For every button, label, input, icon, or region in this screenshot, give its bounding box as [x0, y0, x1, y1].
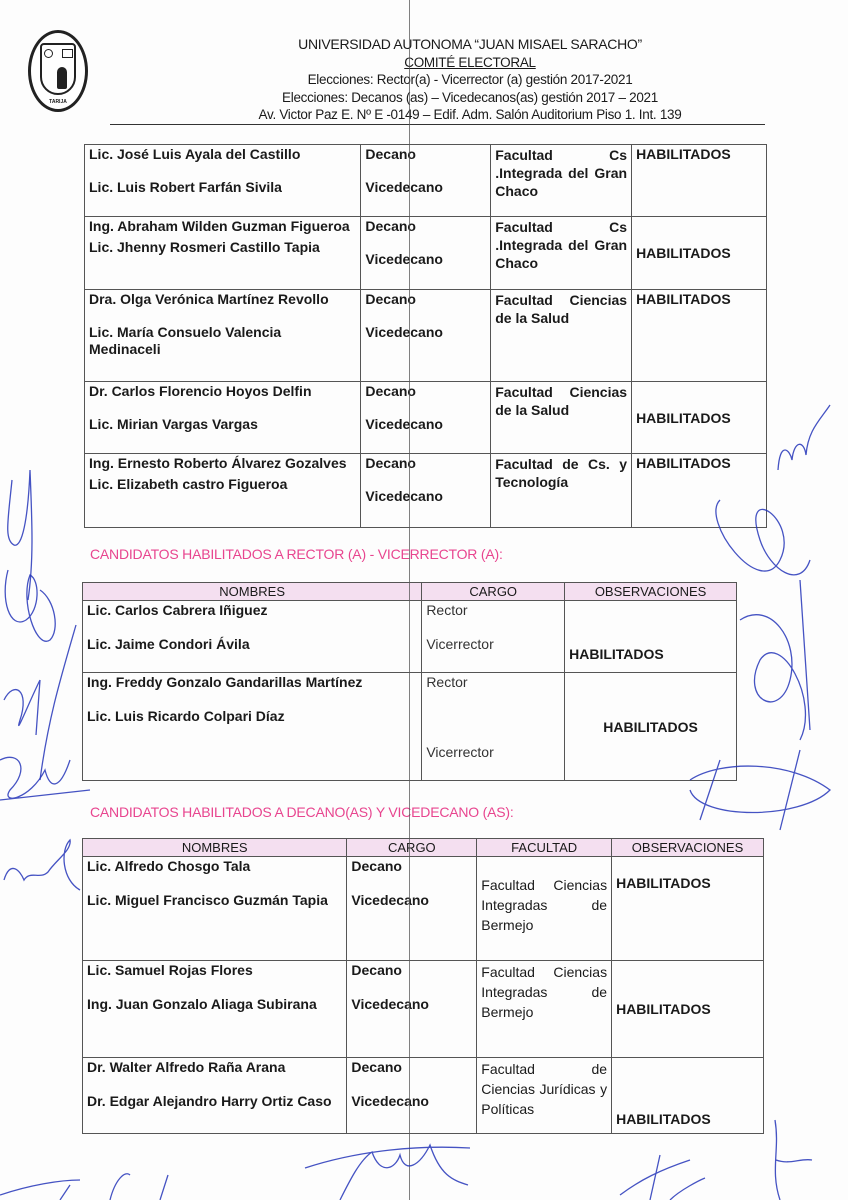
- seal-label: TARIJA: [31, 99, 85, 105]
- cargo-label: Vicedecano: [365, 488, 486, 505]
- election-decano-line: Elecciones: Decanos (as) – Vicedecanos(a…: [170, 89, 770, 107]
- cargo-label: Vicedecano: [365, 179, 486, 196]
- status-habilitados: HABILITADOS: [632, 454, 767, 528]
- status-habilitados: HABILITADOS: [632, 382, 767, 454]
- cargo-label: Decano: [351, 962, 402, 978]
- candidate-name: Ing. Ernesto Roberto Álvarez Gozalves: [89, 455, 347, 471]
- candidate-name: Lic. Miguel Francisco Guzmán Tapia: [87, 892, 342, 908]
- cargo-label: Decano: [351, 858, 402, 874]
- facultad-cell: Facultad Ciencias Integradas de Bermejo: [477, 857, 612, 961]
- status-habilitados: HABILITADOS: [632, 217, 767, 290]
- column-header-observaciones: OBSERVACIONES: [565, 583, 737, 601]
- university-seal-logo: TARIJA: [28, 30, 88, 112]
- facultad-cell: Facultad Ciencias Integradas de Bermejo: [477, 961, 612, 1058]
- column-header-cargo: CARGO: [422, 583, 565, 601]
- candidate-name: Lic. Alfredo Chosgo Tala: [87, 858, 250, 874]
- torch-icon: [57, 67, 67, 89]
- candidate-name: Lic. Luis Robert Farfán Sivila: [89, 179, 356, 196]
- status-habilitados: HABILITADOS: [612, 961, 764, 1058]
- seal-shield-icon: [40, 43, 76, 95]
- cargo-label: Vicedecano: [365, 251, 486, 268]
- decano-candidates-table: NOMBRES CARGO FACULTAD OBSERVACIONES Lic…: [82, 838, 764, 1134]
- candidate-name: Ing. Juan Gonzalo Aliaga Subirana: [87, 996, 342, 1012]
- university-name: UNIVERSIDAD AUTONOMA “JUAN MISAEL SARACH…: [170, 36, 770, 54]
- cargo-label: Rector: [426, 674, 467, 690]
- candidate-name: Lic. Jaime Condori Ávila: [87, 636, 417, 652]
- header-divider: [110, 124, 765, 125]
- table-row: Dra. Olga Verónica Martínez RevolloLic. …: [85, 290, 767, 382]
- sun-icon: [44, 49, 53, 58]
- status-habilitados: HABILITADOS: [565, 673, 737, 781]
- facultad-cell: Facultad Cs .Integrada del Gran Chaco: [491, 217, 632, 290]
- document-header: UNIVERSIDAD AUTONOMA “JUAN MISAEL SARACH…: [170, 36, 770, 124]
- candidate-name: Lic. Elizabeth castro Figueroa: [89, 476, 356, 493]
- cargo-label: Vicedecano: [351, 1093, 472, 1109]
- status-habilitados: HABILITADOS: [565, 601, 737, 673]
- table-row: Lic. Samuel Rojas FloresIng. Juan Gonzal…: [83, 961, 764, 1058]
- status-habilitados: HABILITADOS: [612, 1058, 764, 1134]
- candidate-name: Lic. María Consuelo Valencia Medinaceli: [89, 324, 356, 358]
- facultad-cell: Facultad de Ciencias Jurídicas y Polític…: [477, 1058, 612, 1134]
- candidate-name: Dra. Olga Verónica Martínez Revollo: [89, 291, 329, 307]
- facultad-cell: Facultad Cs .Integrada del Gran Chaco: [491, 145, 632, 217]
- rector-section-title: CANDIDATOS HABILITADOS A RECTOR (A) - VI…: [90, 546, 503, 562]
- cargo-label: Vicedecano: [351, 996, 472, 1012]
- page-fold-line: [409, 0, 410, 1200]
- book-icon: [62, 49, 73, 58]
- election-rector-line: Elecciones: Rector(a) - Vicerrector (a) …: [170, 71, 770, 89]
- candidate-name: Lic. Carlos Cabrera Iñiguez: [87, 602, 268, 618]
- table-row: Lic. José Luis Ayala del CastilloLic. Lu…: [85, 145, 767, 217]
- status-habilitados: HABILITADOS: [632, 290, 767, 382]
- table-row: Dr. Walter Alfredo Raña AranaDr. Edgar A…: [83, 1058, 764, 1134]
- candidate-name: Dr. Carlos Florencio Hoyos Delfin: [89, 383, 312, 399]
- table-header-row: NOMBRES CARGO FACULTAD OBSERVACIONES: [83, 839, 764, 857]
- signature-left-margin: [0, 470, 90, 890]
- status-habilitados: HABILITADOS: [632, 145, 767, 217]
- table-row: Dr. Carlos Florencio Hoyos DelfinLic. Mi…: [85, 382, 767, 454]
- table-row: Lic. Alfredo Chosgo TalaLic. Miguel Fran…: [83, 857, 764, 961]
- decano-section-title: CANDIDATOS HABILITADOS A DECANO(AS) Y VI…: [90, 804, 514, 820]
- table-row: Ing. Abraham Wilden Guzman FigueroaLic. …: [85, 217, 767, 290]
- candidate-name: Lic. Luis Ricardo Colpari Díaz: [87, 708, 417, 724]
- cargo-label: Vicedecano: [365, 324, 486, 341]
- candidate-name: Dr. Walter Alfredo Raña Arana: [87, 1059, 285, 1075]
- committee-name: COMITÉ ELECTORAL: [404, 55, 535, 70]
- address-line: Av. Victor Paz E. Nº E -0149 – Edif. Adm…: [170, 106, 770, 124]
- cargo-label: Vicerrector: [426, 744, 560, 760]
- cargo-label: Decano: [351, 1059, 402, 1075]
- cargo-label: Vicerrector: [426, 636, 560, 652]
- candidate-name: Lic. Jhenny Rosmeri Castillo Tapia: [89, 239, 356, 256]
- status-habilitados: HABILITADOS: [612, 857, 764, 961]
- candidate-name: Dr. Edgar Alejandro Harry Ortiz Caso: [87, 1093, 342, 1109]
- candidate-name: Lic. Samuel Rojas Flores: [87, 962, 253, 978]
- cargo-label: Vicedecano: [351, 892, 472, 908]
- cargo-label: Rector: [426, 602, 467, 618]
- facultad-cell: Facultad Ciencias de la Salud: [491, 382, 632, 454]
- column-header-nombres: NOMBRES: [83, 583, 422, 601]
- table-row: Ing. Ernesto Roberto Álvarez GozalvesLic…: [85, 454, 767, 528]
- cargo-label: Vicedecano: [365, 416, 486, 433]
- decano-table-continued: Lic. José Luis Ayala del CastilloLic. Lu…: [84, 144, 767, 528]
- column-header-cargo: CARGO: [347, 839, 477, 857]
- column-header-facultad: FACULTAD: [477, 839, 612, 857]
- facultad-cell: Facultad Ciencias de la Salud: [491, 290, 632, 382]
- candidate-name: Lic. Mirian Vargas Vargas: [89, 416, 356, 433]
- column-header-nombres: NOMBRES: [83, 839, 347, 857]
- candidate-name: Ing. Abraham Wilden Guzman Figueroa: [89, 218, 350, 234]
- candidate-name: Ing. Freddy Gonzalo Gandarillas Martínez: [87, 674, 362, 690]
- column-header-observaciones: OBSERVACIONES: [612, 839, 764, 857]
- candidate-name: Lic. José Luis Ayala del Castillo: [89, 146, 300, 162]
- facultad-cell: Facultad de Cs. y Tecnología: [491, 454, 632, 528]
